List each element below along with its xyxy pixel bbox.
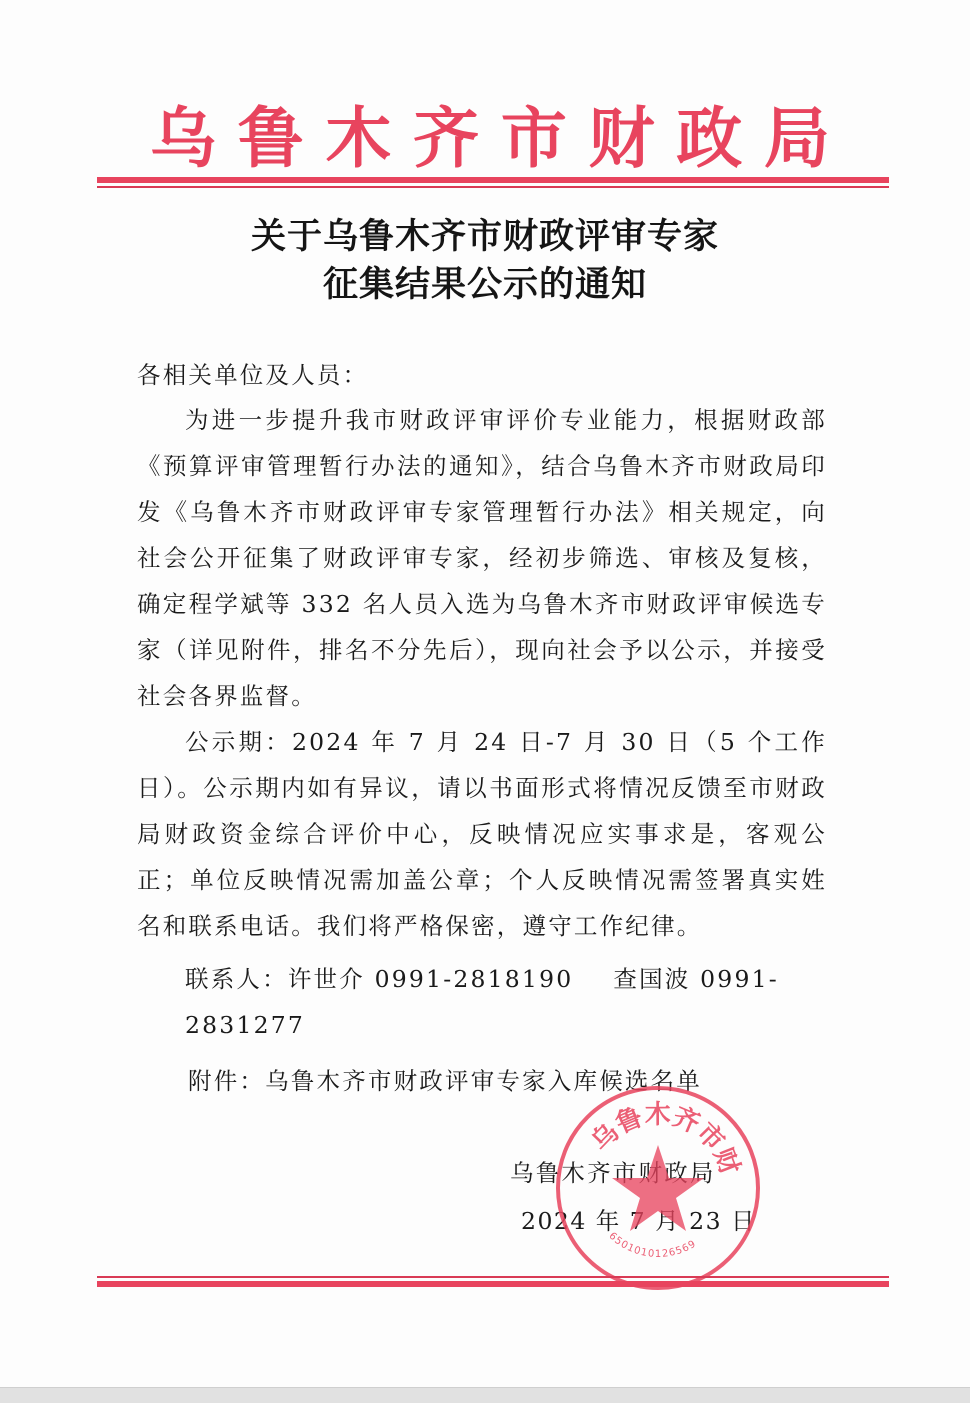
masthead-char: 局 bbox=[764, 85, 830, 180]
salutation: 各相关单位及人员： bbox=[137, 352, 827, 398]
seal-text: 乌鲁木齐市财政局 bbox=[553, 1083, 745, 1179]
viewer-bottom-bar bbox=[0, 1387, 970, 1403]
body-paragraph-2: 公示期：2024 年 7 月 24 日-7 月 30 日（5 个工作日）。公示期… bbox=[137, 719, 827, 949]
svg-text:乌鲁木齐市财政局: 乌鲁木齐市财政局 bbox=[553, 1083, 745, 1179]
footer-rule-thick bbox=[97, 1281, 889, 1287]
masthead-char: 鲁 bbox=[238, 85, 304, 180]
masthead-char: 木 bbox=[325, 85, 391, 180]
masthead-char: 政 bbox=[676, 85, 742, 180]
contact-person-1: 许世介 0991-2818190 bbox=[288, 965, 574, 993]
svg-text:6501010126569: 6501010126569 bbox=[606, 1231, 698, 1260]
notice-title-line2: 征集结果公示的通知 bbox=[0, 257, 970, 307]
body-paragraph-1: 为进一步提升我市财政评审评价专业能力，根据财政部《预算评审管理暂行办法的通知》，… bbox=[137, 397, 827, 719]
notice-title-line1: 关于乌鲁木齐市财政评审专家 bbox=[0, 209, 970, 259]
footer-rule-thin bbox=[97, 1276, 889, 1278]
header-rule-thick bbox=[97, 177, 889, 183]
contact-label: 联系人： bbox=[185, 965, 288, 993]
official-seal-icon: 乌鲁木齐市财政局 6501010126569 bbox=[553, 1083, 763, 1293]
contact-line: 联系人：许世介 0991-2818190查国波 0991-2831277 bbox=[185, 956, 845, 1048]
header-rule-thin bbox=[97, 186, 889, 188]
document-page: 乌 鲁 木 齐 市 财 政 局 关于乌鲁木齐市财政评审专家 征集结果公示的通知 … bbox=[0, 0, 970, 1387]
masthead-char: 财 bbox=[589, 85, 655, 180]
masthead-title: 乌 鲁 木 齐 市 财 政 局 bbox=[150, 92, 830, 172]
masthead-char: 市 bbox=[501, 85, 567, 180]
seal-number: 6501010126569 bbox=[606, 1231, 698, 1260]
masthead-char: 乌 bbox=[150, 85, 216, 180]
masthead-char: 齐 bbox=[413, 85, 479, 180]
